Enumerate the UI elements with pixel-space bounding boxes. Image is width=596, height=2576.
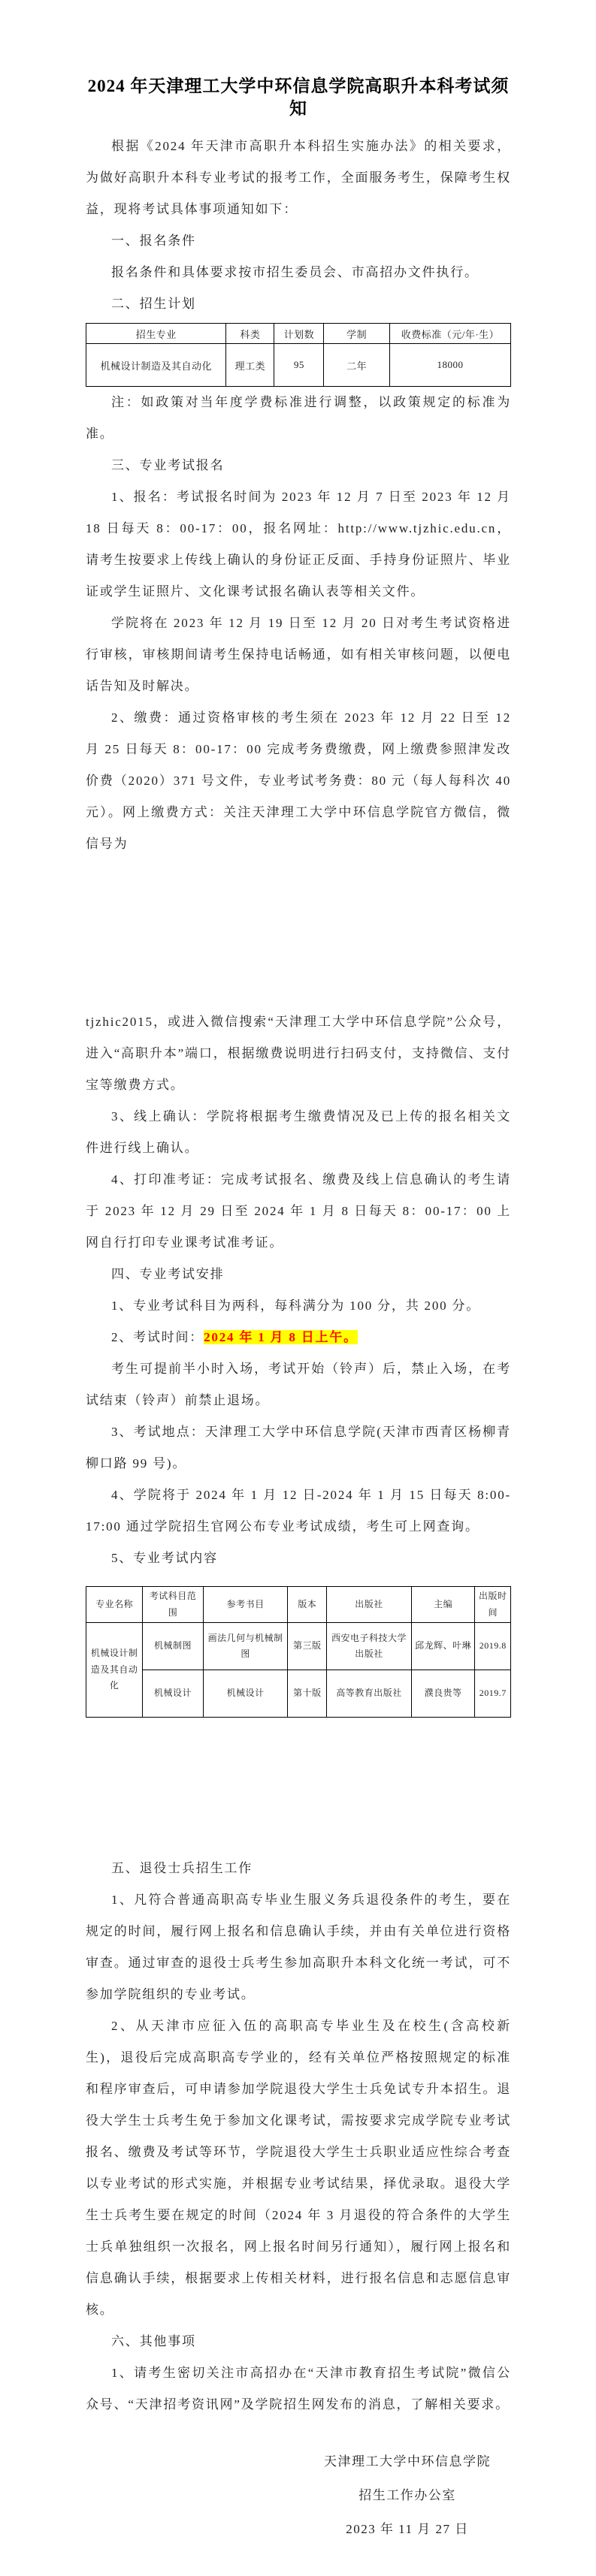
document-page: 2024 年天津理工大学中环信息学院高职升本科考试须知 根据《2024 年天津市… xyxy=(0,0,596,2576)
exam-content-label: 5、专业考试内容 xyxy=(86,1543,511,1574)
col-header-fee: 收费标准（元/年·生） xyxy=(389,324,510,344)
section-4-heading: 四、专业考试安排 xyxy=(86,1259,511,1290)
signature-date: 2023 年 11 月 27 日 xyxy=(317,2512,498,2546)
section-1-heading: 一、报名条件 xyxy=(86,225,511,257)
cell-subject-1: 机械制图 xyxy=(143,1623,204,1670)
cell-subject-2: 机械设计 xyxy=(143,1670,204,1718)
col-header-reference-book: 参考书目 xyxy=(203,1587,287,1623)
exam-subjects-paragraph: 1、专业考试科目为两科，每科满分为 100 分，共 200 分。 xyxy=(86,1290,511,1322)
payment-paragraph-continued: tjzhic2015，或进入微信搜索“天津理工大学中环信息学院”公众号，进入“高… xyxy=(86,1006,511,1101)
cell-editor-2: 濮良贵等 xyxy=(411,1670,475,1718)
cell-book-2: 机械设计 xyxy=(203,1670,287,1718)
cell-fee: 18000 xyxy=(389,344,510,387)
cell-major: 机械设计制造及其自动化 xyxy=(86,344,226,387)
registration-paragraph: 1、报名：考试报名时间为 2023 年 12 月 7 日至 2023 年 12 … xyxy=(86,481,511,608)
cell-book-1: 画法几何与机械制图 xyxy=(203,1623,287,1670)
intro-paragraph: 根据《2024 年天津市高职升本科招生实施办法》的相关要求，为做好高职升本科专业… xyxy=(86,131,511,225)
signature-org: 天津理工大学中环信息学院 xyxy=(317,2445,498,2478)
exam-location-paragraph: 3、考试地点：天津理工大学中环信息学院(天津市西青区杨柳青柳口路 99 号)。 xyxy=(86,1416,511,1480)
exam-content-table: 专业名称 考试科目范围 参考书目 版本 出版社 主编 出版时间 机械设计制造及其… xyxy=(86,1586,511,1718)
col-header-publisher: 出版社 xyxy=(327,1587,411,1623)
cell-edition-2: 第十版 xyxy=(288,1670,327,1718)
enrollment-plan-table: 招生专业 科类 计划数 学制 收费标准（元/年·生） 机械设计制造及其自动化 理… xyxy=(86,323,511,387)
col-header-publish-date: 出版时间 xyxy=(475,1587,511,1623)
enrollment-plan-header-row: 招生专业 科类 计划数 学制 收费标准（元/年·生） xyxy=(86,324,511,344)
tuition-note: 注：如政策对当年度学费标准进行调整，以政策规定的标准为准。 xyxy=(86,387,511,450)
section-1-paragraph: 报名条件和具体要求按市招生委员会、市高招办文件执行。 xyxy=(86,257,511,288)
col-header-editor: 主编 xyxy=(411,1587,475,1623)
exam-time-highlight: 2024 年 1 月 8 日上午。 xyxy=(204,1330,358,1344)
cell-date-1: 2019.8 xyxy=(475,1623,511,1670)
page-break-gap-2 xyxy=(86,1718,511,1853)
page-break-gap-1 xyxy=(86,860,511,1006)
score-publish-paragraph: 4、学院将于 2024 年 1 月 12 日-2024 年 1 月 15 日每天… xyxy=(86,1480,511,1543)
cell-publisher-2: 高等教育出版社 xyxy=(327,1670,411,1718)
exam-content-row-1: 机械设计制造及其自动化 机械制图 画法几何与机械制图 第三版 西安电子科技大学出… xyxy=(86,1623,511,1670)
cell-publisher-1: 西安电子科技大学出版社 xyxy=(327,1623,411,1670)
page-title: 2024 年天津理工大学中环信息学院高职升本科考试须知 xyxy=(86,75,511,120)
other-matters-paragraph: 1、请考生密切关注市高招办在“天津市教育招生考试院”微信公众号、“天津招考资讯网… xyxy=(86,2357,511,2421)
qualification-review-paragraph: 学院将在 2023 年 12 月 19 日至 12 月 20 日对考生考试资格进… xyxy=(86,608,511,702)
cell-edition-1: 第三版 xyxy=(288,1623,327,1670)
col-header-category: 科类 xyxy=(226,324,274,344)
col-header-duration: 学制 xyxy=(324,324,390,344)
section-2-heading: 二、招生计划 xyxy=(86,288,511,320)
veteran-eligibility-paragraph: 1、凡符合普通高职高专毕业生服义务兵退役条件的考生，要在规定的时间，履行网上报名… xyxy=(86,1884,511,2010)
online-confirmation-paragraph: 3、线上确认：学院将根据考生缴费情况及已上传的报名相关文件进行线上确认。 xyxy=(86,1101,511,1164)
signature-gap xyxy=(86,2421,511,2445)
signature-block: 天津理工大学中环信息学院 招生工作办公室 2023 年 11 月 27 日 xyxy=(317,2445,498,2546)
cell-editor-1: 邱龙辉、叶琳 xyxy=(411,1623,475,1670)
exam-time-label: 2、考试时间： xyxy=(111,1330,204,1344)
exam-content-header-row: 专业名称 考试科目范围 参考书目 版本 出版社 主编 出版时间 xyxy=(86,1587,511,1623)
exam-time-paragraph: 2、考试时间：2024 年 1 月 8 日上午。 xyxy=(86,1322,511,1353)
section-3-heading: 三、专业考试报名 xyxy=(86,450,511,481)
admission-ticket-paragraph: 4、打印准考证：完成考试报名、缴费及线上信息确认的考生请于 2023 年 12 … xyxy=(86,1164,511,1259)
payment-paragraph: 2、缴费：通过资格审核的考生须在 2023 年 12 月 22 日至 12 月 … xyxy=(86,702,511,860)
exam-content-row-2: 机械设计 机械设计 第十版 高等教育出版社 濮良贵等 2019.7 xyxy=(86,1670,511,1718)
col-header-major: 招生专业 xyxy=(86,324,226,344)
col-header-edition: 版本 xyxy=(288,1587,327,1623)
cell-category: 理工类 xyxy=(226,344,274,387)
col-header-plan-count: 计划数 xyxy=(274,324,324,344)
section-5-heading: 五、退役士兵招生工作 xyxy=(86,1853,511,1884)
entry-rules-paragraph: 考生可提前半小时入场，考试开始（铃声）后，禁止入场，在考试结束（铃声）前禁止退场… xyxy=(86,1353,511,1416)
veteran-exemption-paragraph: 2、从天津市应征入伍的高职高专毕业生及在校生(含高校新生)，退役后完成高职高专学… xyxy=(86,2010,511,2326)
cell-duration: 二年 xyxy=(324,344,390,387)
cell-major-name: 机械设计制造及其自动化 xyxy=(86,1623,143,1718)
signature-office: 招生工作办公室 xyxy=(317,2478,498,2512)
cell-date-2: 2019.7 xyxy=(475,1670,511,1718)
cell-plan-count: 95 xyxy=(274,344,324,387)
col-header-subject-scope: 考试科目范围 xyxy=(143,1587,204,1623)
col-header-major-name: 专业名称 xyxy=(86,1587,143,1623)
section-6-heading: 六、其他事项 xyxy=(86,2326,511,2357)
enrollment-plan-data-row: 机械设计制造及其自动化 理工类 95 二年 18000 xyxy=(86,344,511,387)
